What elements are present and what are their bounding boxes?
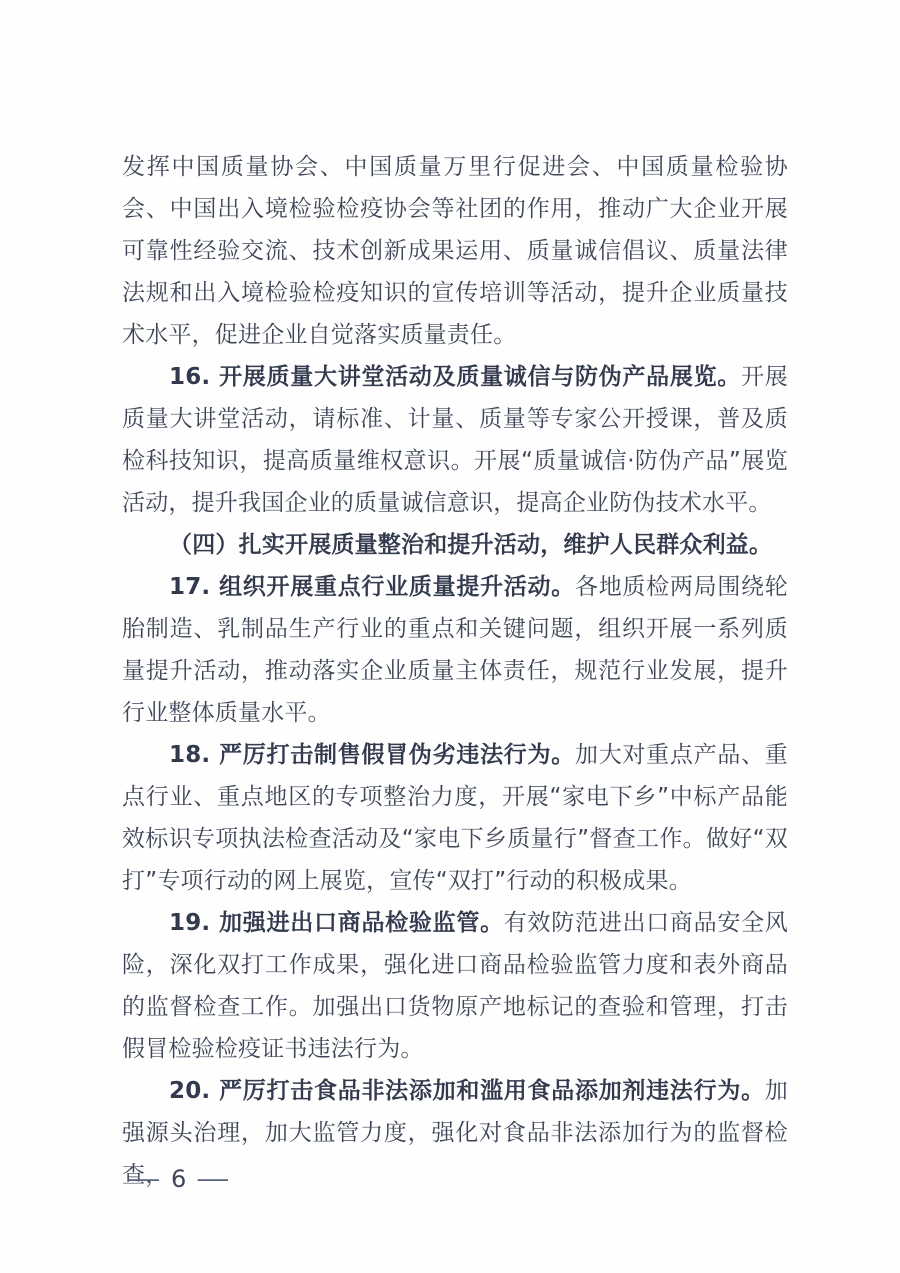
page-number: 6 (171, 1165, 187, 1193)
paragraph-continuation: 发挥中国质量协会、中国质量万里行促进会、中国质量检验协会、中国出入境检验检疫协会… (122, 146, 788, 356)
paragraph-17-heading: 17. 组织开展重点行业质量提升活动。 (169, 574, 575, 600)
paragraph-17: 17. 组织开展重点行业质量提升活动。各地质检两局围绕轮胎制造、乳制品生产行业的… (122, 566, 788, 734)
footer-left-dash: — (127, 1165, 162, 1193)
paragraph-20-heading: 20. 严厉打击食品非法添加和滥用食品添加剂违法行为。 (169, 1078, 765, 1104)
paragraph-19: 19. 加强进出口商品检验监管。有效防范进出口商品安全风险，深化双打工作成果，强… (122, 902, 788, 1070)
paragraph-body: 发挥中国质量协会、中国质量万里行促进会、中国质量检验协会、中国出入境检验检疫协会… (122, 154, 788, 348)
paragraph-16: 16. 开展质量大讲堂活动及质量诚信与防伪产品展览。开展质量大讲堂活动，请标准、… (122, 356, 788, 524)
paragraph-18-heading: 18. 严厉打击制售假冒伪劣违法行为。 (169, 742, 575, 768)
section-heading-4-text: （四）扎实开展质量整治和提升活动，维护人民群众利益。 (169, 532, 772, 558)
page-footer: —6— (118, 1165, 240, 1193)
paragraph-19-heading: 19. 加强进出口商品检验监管。 (169, 910, 504, 936)
document-text-block: 发挥中国质量协会、中国质量万里行促进会、中国质量检验协会、中国出入境检验检疫协会… (122, 146, 788, 1196)
section-heading-4: （四）扎实开展质量整治和提升活动，维护人民群众利益。 (122, 524, 788, 566)
paragraph-16-heading: 16. 开展质量大讲堂活动及质量诚信与防伪产品展览。 (169, 364, 741, 390)
paragraph-18: 18. 严厉打击制售假冒伪劣违法行为。加大对重点产品、重点行业、重点地区的专项整… (122, 734, 788, 902)
document-page: 发挥中国质量协会、中国质量万里行促进会、中国质量检验协会、中国出入境检验检疫协会… (0, 0, 900, 1273)
footer-right-dash: — (196, 1165, 231, 1193)
